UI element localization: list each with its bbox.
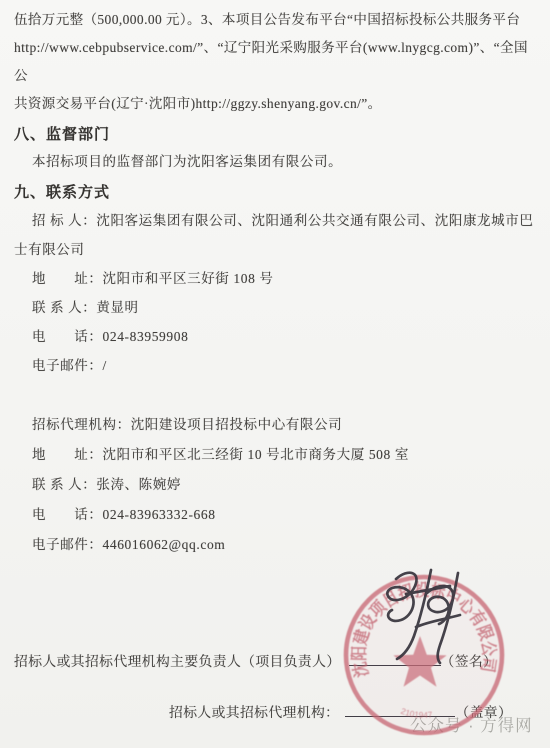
agency-row: 招标代理机构：沈阳建设项目招投标中心有限公司 [14,410,536,440]
field-label: 联 系 人： [32,300,96,315]
responsible-person-signature-line: 招标人或其招标代理机构主要负责人（项目负责人）（签名） [14,650,536,670]
field-label: 地 址： [32,447,103,462]
supervision-body: 本招标项目的监督部门为沈阳客运集团有限公司。 [14,148,536,176]
field-label: 电 话： [32,507,103,522]
field-label: 联 系 人： [32,477,96,492]
tenderer-row: 联 系 人：黄显明 [14,293,536,322]
tenderer-row: 电 话：024-83959908 [14,322,536,351]
field-value: 沈阳市和平区三好街 108 号 [103,271,274,286]
field-label: 电子邮件： [32,358,103,373]
signature-line-suffix: （签名） [441,654,498,669]
field-label: 电 话： [32,329,103,344]
stamp-underline [345,704,455,717]
field-label: 招标代理机构： [32,417,131,432]
tenderer-row: 电子邮件：/ [14,351,536,380]
field-value: 沈阳建设项目招投标中心有限公司 [131,417,343,432]
intro-line-3: 共资源交易平台(辽宁·沈阳市)http://ggzy.shenyang.gov.… [14,90,536,118]
agency-row: 电子邮件：446016062@qq.com [14,530,536,560]
tenderer-row: 招 标 人：沈阳客运集团有限公司、沈阳通利公共交通有限公司、沈阳康龙城市巴士有限… [14,206,536,264]
agency-row: 电 话：024-83963332-668 [14,500,536,530]
field-value: 张涛、陈婉婷 [96,477,181,492]
field-label: 电子邮件： [32,537,103,552]
field-value: 024-83963332-668 [103,507,216,522]
signature-line-label: 招标人或其招标代理机构主要负责人（项目负责人） [14,654,341,669]
field-value: 沈阳市和平区北三经街 10 号北市商务大厦 508 室 [103,447,409,462]
tenderer-contact-block: 招 标 人：沈阳客运集团有限公司、沈阳通利公共交通有限公司、沈阳康龙城市巴士有限… [14,206,536,380]
agency-row: 地 址：沈阳市和平区北三经街 10 号北市商务大厦 508 室 [14,440,536,470]
field-value: 446016062@qq.com [103,537,226,552]
agency-stamp-line: 招标人或其招标代理机构：（盖章） [14,701,536,721]
intro-line-2: http://www.cebpubservice.com/”、“辽宁阳光采购服务… [14,34,536,90]
intro-line-1: 伍拾万元整（500,000.00 元）。3、本项目公告发布平台“中国招标投标公共… [14,6,536,34]
field-value: 黄显明 [96,300,138,315]
stamp-line-suffix: （盖章） [455,705,512,720]
section-heading-contact: 九、联系方式 [14,180,536,206]
field-value: / [103,358,107,373]
field-label: 招 标 人： [32,213,96,228]
signature-underline [349,653,441,666]
agency-row: 联 系 人：张涛、陈婉婷 [14,470,536,500]
document-page: 伍拾万元整（500,000.00 元）。3、本项目公告发布平台“中国招标投标公共… [0,0,550,748]
field-label: 地 址： [32,271,103,286]
field-value: 024-83959908 [103,329,189,344]
stamp-line-label: 招标人或其招标代理机构： [169,705,339,720]
agency-contact-block: 招标代理机构：沈阳建设项目招投标中心有限公司 地 址：沈阳市和平区北三经街 10… [14,410,536,560]
section-heading-supervision: 八、监督部门 [14,122,536,148]
tenderer-row: 地 址：沈阳市和平区三好街 108 号 [14,264,536,293]
